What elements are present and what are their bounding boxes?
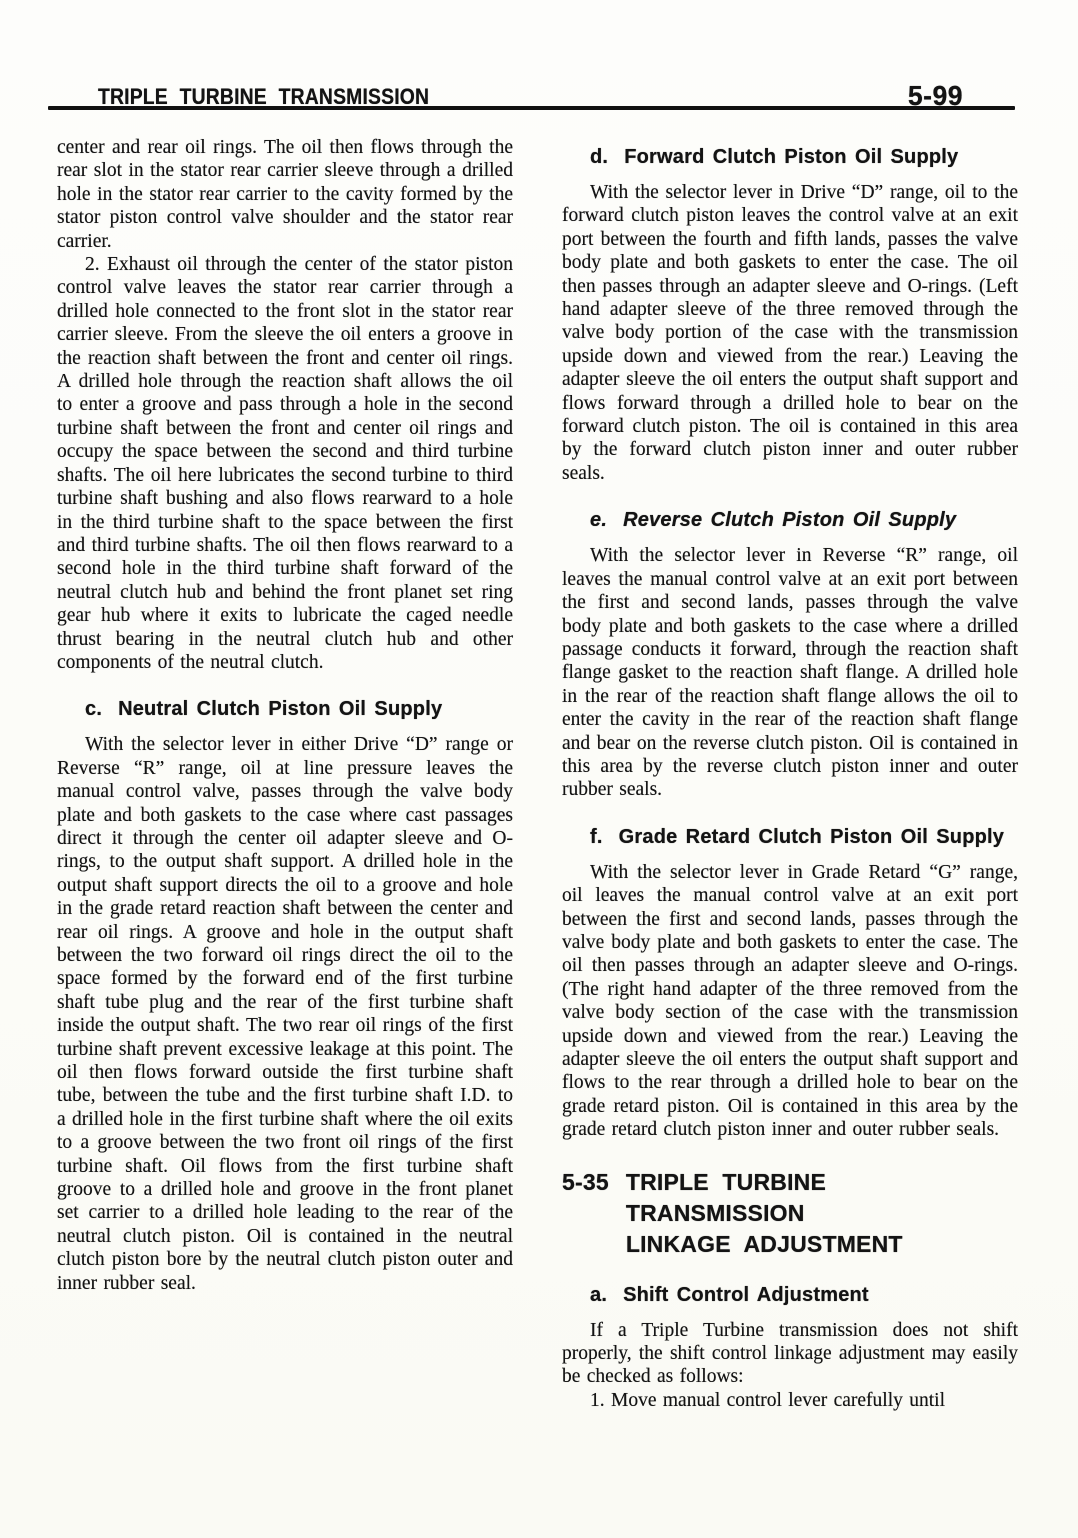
heading-text: Forward Clutch Piston Oil Supply	[624, 145, 958, 169]
heading-text: Neutral Clutch Piston Oil Supply	[118, 697, 442, 721]
paragraph-grade-retard-clutch: With the selector lever in Grade Retard …	[562, 861, 1018, 1142]
header-rule	[48, 106, 1015, 110]
section-title-line2: LINKAGE ADJUSTMENT	[626, 1231, 903, 1257]
heading-label: f.	[590, 825, 603, 849]
heading-label: d.	[590, 145, 608, 169]
heading-reverse-clutch: e. Reverse Clutch Piston Oil Supply	[562, 508, 1018, 532]
paragraph-forward-clutch: With the selector lever in Drive “D” ran…	[562, 181, 1018, 485]
heading-label: a.	[590, 1283, 607, 1307]
heading-label: c.	[85, 697, 102, 721]
left-column: center and rear oil rings. The oil then …	[57, 136, 513, 1295]
manual-page: TRIPLE TURBINE TRANSMISSION 5-99 center …	[0, 0, 1078, 1538]
running-title: TRIPLE TURBINE TRANSMISSION	[98, 86, 429, 108]
heading-forward-clutch: d. Forward Clutch Piston Oil Supply	[562, 145, 1018, 169]
paragraph-continued: center and rear oil rings. The oil then …	[57, 136, 513, 253]
heading-text: Grade Retard Clutch Piston Oil Supply	[619, 825, 1005, 849]
right-column: d. Forward Clutch Piston Oil Supply With…	[562, 136, 1018, 1412]
page-number: 5-99	[908, 84, 963, 108]
heading-text: Shift Control Adjustment	[623, 1283, 869, 1307]
heading-shift-control: a. Shift Control Adjustment	[562, 1283, 1018, 1307]
heading-text: Reverse Clutch Piston Oil Supply	[623, 508, 956, 532]
paragraph-reverse-clutch: With the selector lever in Reverse “R” r…	[562, 544, 1018, 801]
section-title: TRIPLE TURBINE TRANSMISSION LINKAGE ADJU…	[626, 1167, 1018, 1260]
heading-grade-retard-clutch: f. Grade Retard Clutch Piston Oil Supply	[562, 825, 1018, 849]
heading-label: e.	[590, 508, 607, 532]
paragraph-step-1: 1. Move manual control lever carefully u…	[562, 1389, 1018, 1412]
page-header: TRIPLE TURBINE TRANSMISSION 5-99	[48, 74, 1015, 108]
paragraph-shift-control: If a Triple Turbine transmission does no…	[562, 1319, 1018, 1389]
paragraph-neutral-clutch: With the selector lever in either Drive …	[57, 733, 513, 1295]
section-number: 5-35	[562, 1167, 609, 1260]
paragraph-step-2: 2. Exhaust oil through the center of the…	[57, 253, 513, 674]
heading-neutral-clutch: c. Neutral Clutch Piston Oil Supply	[57, 697, 513, 721]
section-title-line1: TRIPLE TURBINE TRANSMISSION	[626, 1169, 826, 1226]
section-heading-5-35: 5-35 TRIPLE TURBINE TRANSMISSION LINKAGE…	[562, 1167, 1018, 1260]
